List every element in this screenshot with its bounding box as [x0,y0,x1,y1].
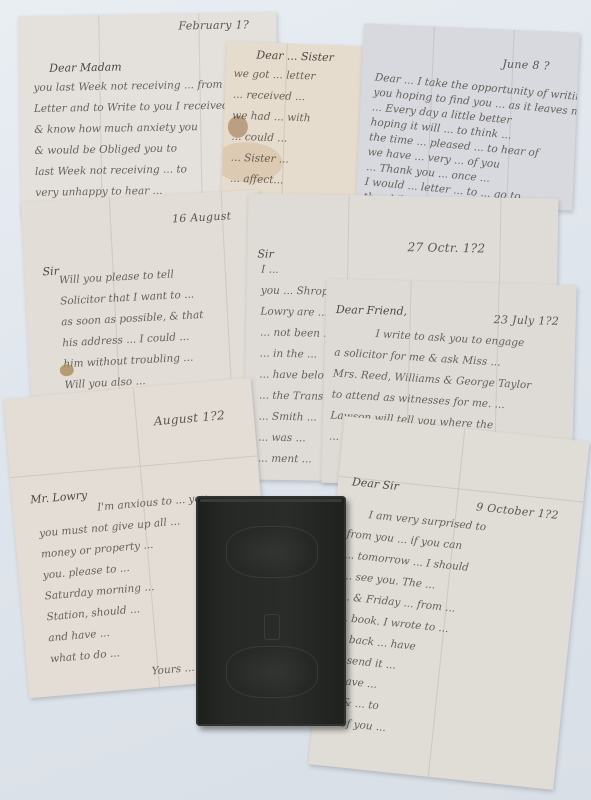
letter-date: 27 Octr. 1?2 [407,240,485,255]
letter-salutation: Dear ... Sister [256,48,334,64]
book-page-edge [200,499,342,502]
letter-line: we got ... letter [233,64,315,88]
letter-line: ... received ... [233,85,315,109]
photograph: February 1? Dear Madam you last Week not… [0,0,591,800]
letter-stained: Dear ... Sister we got ... letter ... re… [221,41,376,206]
letter-line: we had ... with [232,106,314,130]
letter-date: August 1?2 [153,408,225,428]
letter-line: ... affect... [230,169,312,193]
letter-date: June 8 ? [502,57,550,72]
letter-salutation: Dear Friend, [336,303,408,318]
letter-salutation: Dear Madam [49,60,122,74]
letter-august-16: 16 August Sir Will you please to tell So… [21,190,269,402]
letter-line: ... Sister ... [230,148,312,172]
book-emboss-top-ornament-icon [226,526,318,578]
black-leather-book [196,496,346,726]
letter-date: 9 October 1?2 [476,500,560,522]
book-emboss-bottom-ornament-icon [226,646,318,698]
letter-date: February 1? [178,18,249,32]
letter-line: ... could ... [231,127,313,151]
book-emboss-center-ornament-icon [264,614,280,640]
letter-june: June 8 ? Dear ... I take the opportunity… [356,23,580,210]
letter-salutation: Dear Sir [351,475,399,493]
letter-date: 23 July 1?2 [494,313,560,328]
letter-salutation: Sir [42,264,59,278]
letter-october-9: Dear Sir 9 October 1?2 I am very surpris… [308,416,589,790]
